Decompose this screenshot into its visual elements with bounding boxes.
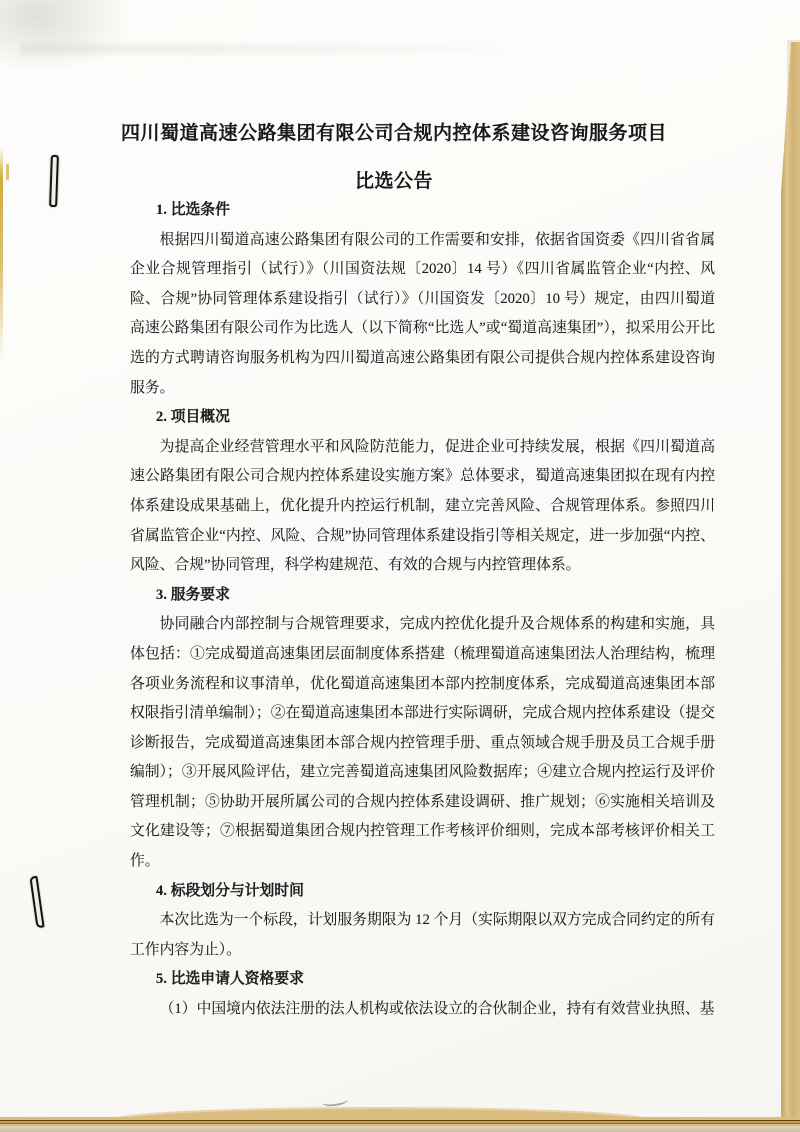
scan-smudge-top-left (0, 0, 136, 74)
pencil-smudge (321, 1094, 348, 1108)
document-title-line1: 四川蜀道高速公路集团有限公司合规内控体系建设咨询服务项目 (0, 110, 788, 158)
binding-mark-bottom (29, 876, 44, 929)
document-body: 1. 比选条件 根据四川蜀道高速公路集团有限公司的工作需要和安排，依据省国资委《… (130, 196, 715, 1025)
document-title: 四川蜀道高速公路集团有限公司合规内控体系建设咨询服务项目 比选公告 (0, 110, 788, 206)
page-stack-bottom-edge (0, 1117, 800, 1126)
section-paragraph-5: （1）中国境内依法注册的法人机构或依法设立的合伙制企业，持有有效营业执照、基 (130, 995, 715, 1025)
section-heading-4: 4. 标段划分与计划时间 (130, 877, 715, 907)
section-paragraph-1: 根据四川蜀道高速公路集团有限公司的工作需要和安排，依据省国资委《四川省省属企业合… (130, 226, 715, 404)
section-heading-3: 3. 服务要求 (130, 581, 715, 611)
section-paragraph-4: 本次比选为一个标段，计划服务期限为 12 个月（实际期限以双方完成合同约定的所有… (130, 906, 715, 965)
scanner-bed-bottom-strip (0, 1126, 800, 1132)
section-heading-5: 5. 比选申请人资格要求 (130, 965, 715, 995)
section-paragraph-2: 为提高企业经营管理水平和风险防范能力，促进企业可持续发展，根据《四川蜀道高速公路… (130, 433, 715, 581)
section-heading-1: 1. 比选条件 (130, 196, 715, 226)
scanned-document-page: 四川蜀道高速公路集团有限公司合规内控体系建设咨询服务项目 比选公告 1. 比选条… (0, 0, 800, 1132)
section-heading-2: 2. 项目概况 (130, 403, 715, 433)
section-paragraph-3: 协同融合内部控制与合规管理要求，完成内控优化提升及合规体系的构建和实施，具体包括… (130, 610, 715, 876)
scan-smudge-top-strip (20, 40, 540, 58)
